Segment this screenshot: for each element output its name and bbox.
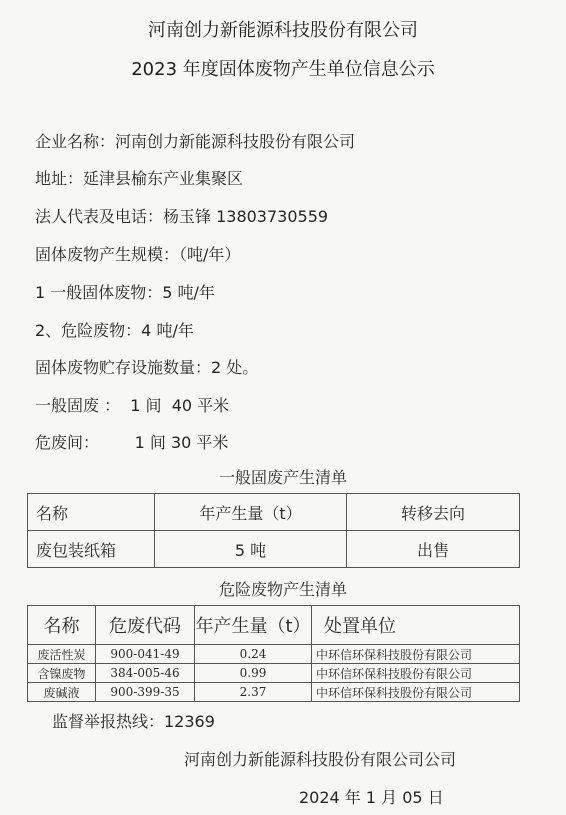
cell-amount: 0.99 [195,664,312,683]
cell-disposal: 中环信环保科技股份有限公司 [312,645,520,664]
header-cell: 转移去向 [347,494,520,531]
table-row: 含镍废物 384-005-46 0.99 中环信环保科技股份有限公司 [28,664,520,683]
cell-amount: 2.37 [195,683,312,702]
cell-disposal: 中环信环保科技股份有限公司 [312,683,520,702]
header-cell: 处置单位 [312,606,520,645]
cell-disposal: 中环信环保科技股份有限公司 [312,664,520,683]
page-title: 2023 年度固体废物产生单位信息公示 [0,55,566,81]
header-cell: 名称 [28,494,155,531]
cell-name: 废活性炭 [28,645,96,664]
hazardous-waste-table: 名称 危废代码 年产生量（t） 处置单位 废活性炭 900-041-49 0.2… [27,605,520,702]
table-row: 废包装纸箱 5 吨 出售 [28,531,520,568]
cell-amount: 0.24 [195,645,312,664]
cell-code: 900-399-35 [96,683,195,702]
table-header-row: 名称 年产生量（t） 转移去向 [28,494,520,531]
cell-name: 废碱液 [28,683,96,702]
cell-destination: 出售 [347,531,520,568]
hazardous-table-caption: 危险废物产生清单 [0,577,566,600]
hotline-line: 监督举报热线：12369 [52,709,215,732]
general-waste-table: 名称 年产生量（t） 转移去向 废包装纸箱 5 吨 出售 [27,493,520,568]
table-row: 废碱液 900-399-35 2.37 中环信环保科技股份有限公司 [28,683,520,702]
cell-name: 含镍废物 [28,664,96,683]
scale-label-line: 固体废物产生规模：（吨/年） [35,242,240,265]
company-heading: 河南创力新能源科技股份有限公司 [0,16,566,42]
header-cell: 年产生量（t） [155,494,347,531]
header-cell: 名称 [28,606,96,645]
company-name-line: 企业名称：河南创力新能源科技股份有限公司 [35,129,355,152]
cell-code: 384-005-46 [96,664,195,683]
cell-code: 900-041-49 [96,645,195,664]
legal-rep-line: 法人代表及电话：杨玉锋 13803730559 [35,204,328,227]
header-cell: 危废代码 [96,606,195,645]
date-line: 2024 年 1 月 05 日 [299,785,444,808]
hazardous-storage-line: 危废间： 1 间 30 平米 [35,430,228,453]
general-table-caption: 一般固废产生清单 [0,465,566,488]
table-header-row: 名称 危废代码 年产生量（t） 处置单位 [28,606,520,645]
signature-line: 河南创力新能源科技股份有限公司公司 [184,747,456,770]
general-storage-line: 一般固废 ： 1 间 40 平米 [35,393,229,416]
cell-name: 废包装纸箱 [28,531,155,568]
header-cell: 年产生量（t） [195,606,312,645]
cell-amount: 5 吨 [155,531,347,568]
table-row: 废活性炭 900-041-49 0.24 中环信环保科技股份有限公司 [28,645,520,664]
hazardous-waste-line: 2、危险废物：4 吨/年 [35,318,194,341]
storage-count-line: 固体废物贮存设施数量：2 处。 [35,355,258,378]
general-waste-line: 1 一般固体废物：5 吨/年 [35,280,215,303]
address-line: 地址：延津县榆东产业集聚区 [35,166,243,189]
